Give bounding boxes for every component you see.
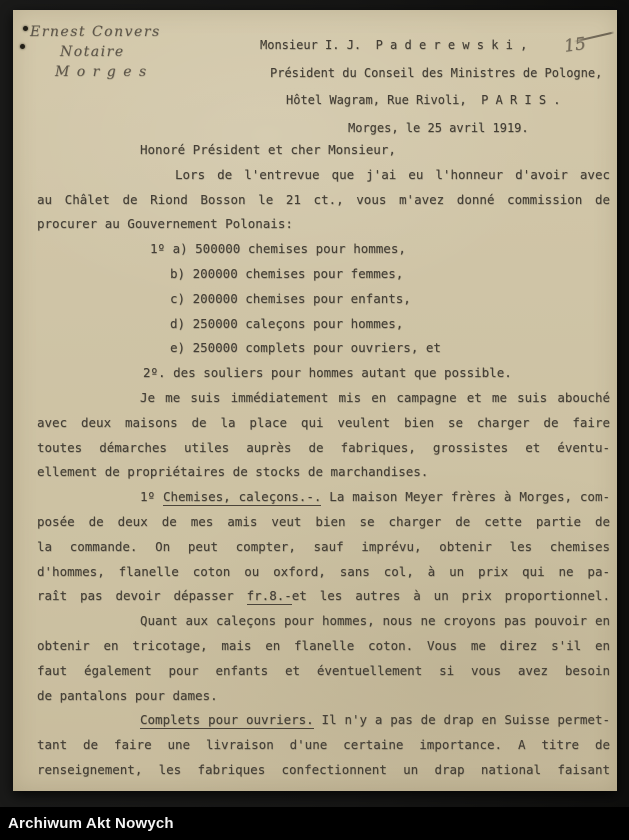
typed-line: obtenir en tricotage, mais en flanelle c… bbox=[37, 634, 610, 659]
typed-line: la commande. On peut compter, sauf impré… bbox=[37, 535, 610, 560]
typed-line: Complets pour ouvriers. Il n'y a pas de … bbox=[140, 708, 610, 733]
letter-body: Honoré Président et cher Monsieur,Lors d… bbox=[37, 138, 610, 783]
typed-line: Honoré Président et cher Monsieur, bbox=[140, 138, 610, 163]
typed-line: 2º. des souliers pour hommes autant que … bbox=[143, 361, 610, 386]
letterhead-line: Ernest Convers bbox=[30, 22, 161, 42]
letterhead-line: M o r g e s bbox=[55, 62, 161, 82]
typed-line: Quant aux caleçons pour hommes, nous ne … bbox=[140, 609, 610, 634]
staple-hole bbox=[20, 44, 25, 49]
typed-line: raît pas devoir dépasser fr.8.-et les au… bbox=[37, 584, 610, 609]
typed-line: avec deux maisons de la place qui veulen… bbox=[37, 411, 610, 436]
typed-line: de pantalons pour dames. bbox=[37, 684, 610, 709]
typed-line: e) 250000 complets pour ouvriers, et bbox=[170, 336, 610, 361]
typed-line: Lors de l'entrevue que j'ai eu l'honneur… bbox=[175, 163, 610, 188]
typed-line: tant de faire une livraison d'une certai… bbox=[37, 733, 610, 758]
typed-line: faut également pour enfants et éventuell… bbox=[37, 659, 610, 684]
typed-line: posée de deux de mes amis veut bien se c… bbox=[37, 510, 610, 535]
letter-page: Ernest ConversNotaireM o r g e s 15 Mons… bbox=[13, 10, 617, 791]
letterhead: Ernest ConversNotaireM o r g e s bbox=[30, 22, 161, 82]
typed-line: toutes démarches utiles auprès de fabriq… bbox=[37, 436, 610, 461]
typed-line: 1º Chemises, caleçons.-. La maison Meyer… bbox=[140, 485, 610, 510]
typed-line: c) 200000 chemises pour enfants, bbox=[170, 287, 610, 312]
archive-caption: Archiwum Akt Nowych bbox=[0, 815, 174, 832]
typed-line: ellement de propriétaires de stocks de m… bbox=[37, 460, 610, 485]
typed-line: d) 250000 caleçons pour hommes, bbox=[170, 312, 610, 337]
typed-line: renseignement, les fabriques confectionn… bbox=[37, 758, 610, 783]
typed-line: Je me suis immédiatement mis en campagne… bbox=[140, 386, 610, 411]
recipient-line: Président du Conseil des Ministres de Po… bbox=[270, 60, 602, 88]
typed-line: d'hommes, flanelle coton ou oxford, sans… bbox=[37, 560, 610, 585]
staple-hole bbox=[23, 26, 28, 31]
typed-line: 1º a) 500000 chemises pour hommes, bbox=[150, 237, 610, 262]
recipient-block: Monsieur I. J. P a d e r e w s k i ,Prés… bbox=[260, 32, 602, 142]
typed-line: au Châlet de Riond Bosson le 21 ct., vou… bbox=[37, 188, 610, 213]
recipient-line: Monsieur I. J. P a d e r e w s k i , bbox=[260, 32, 602, 60]
archival-scan-viewer: Ernest ConversNotaireM o r g e s 15 Mons… bbox=[0, 0, 629, 840]
letterhead-line: Notaire bbox=[60, 42, 161, 62]
recipient-line: Hôtel Wagram, Rue Rivoli, P A R I S . bbox=[286, 87, 602, 115]
archive-caption-bar: Archiwum Akt Nowych bbox=[0, 807, 629, 840]
typed-line: b) 200000 chemises pour femmes, bbox=[170, 262, 610, 287]
typed-line: procurer au Gouvernement Polonais: bbox=[37, 212, 610, 237]
